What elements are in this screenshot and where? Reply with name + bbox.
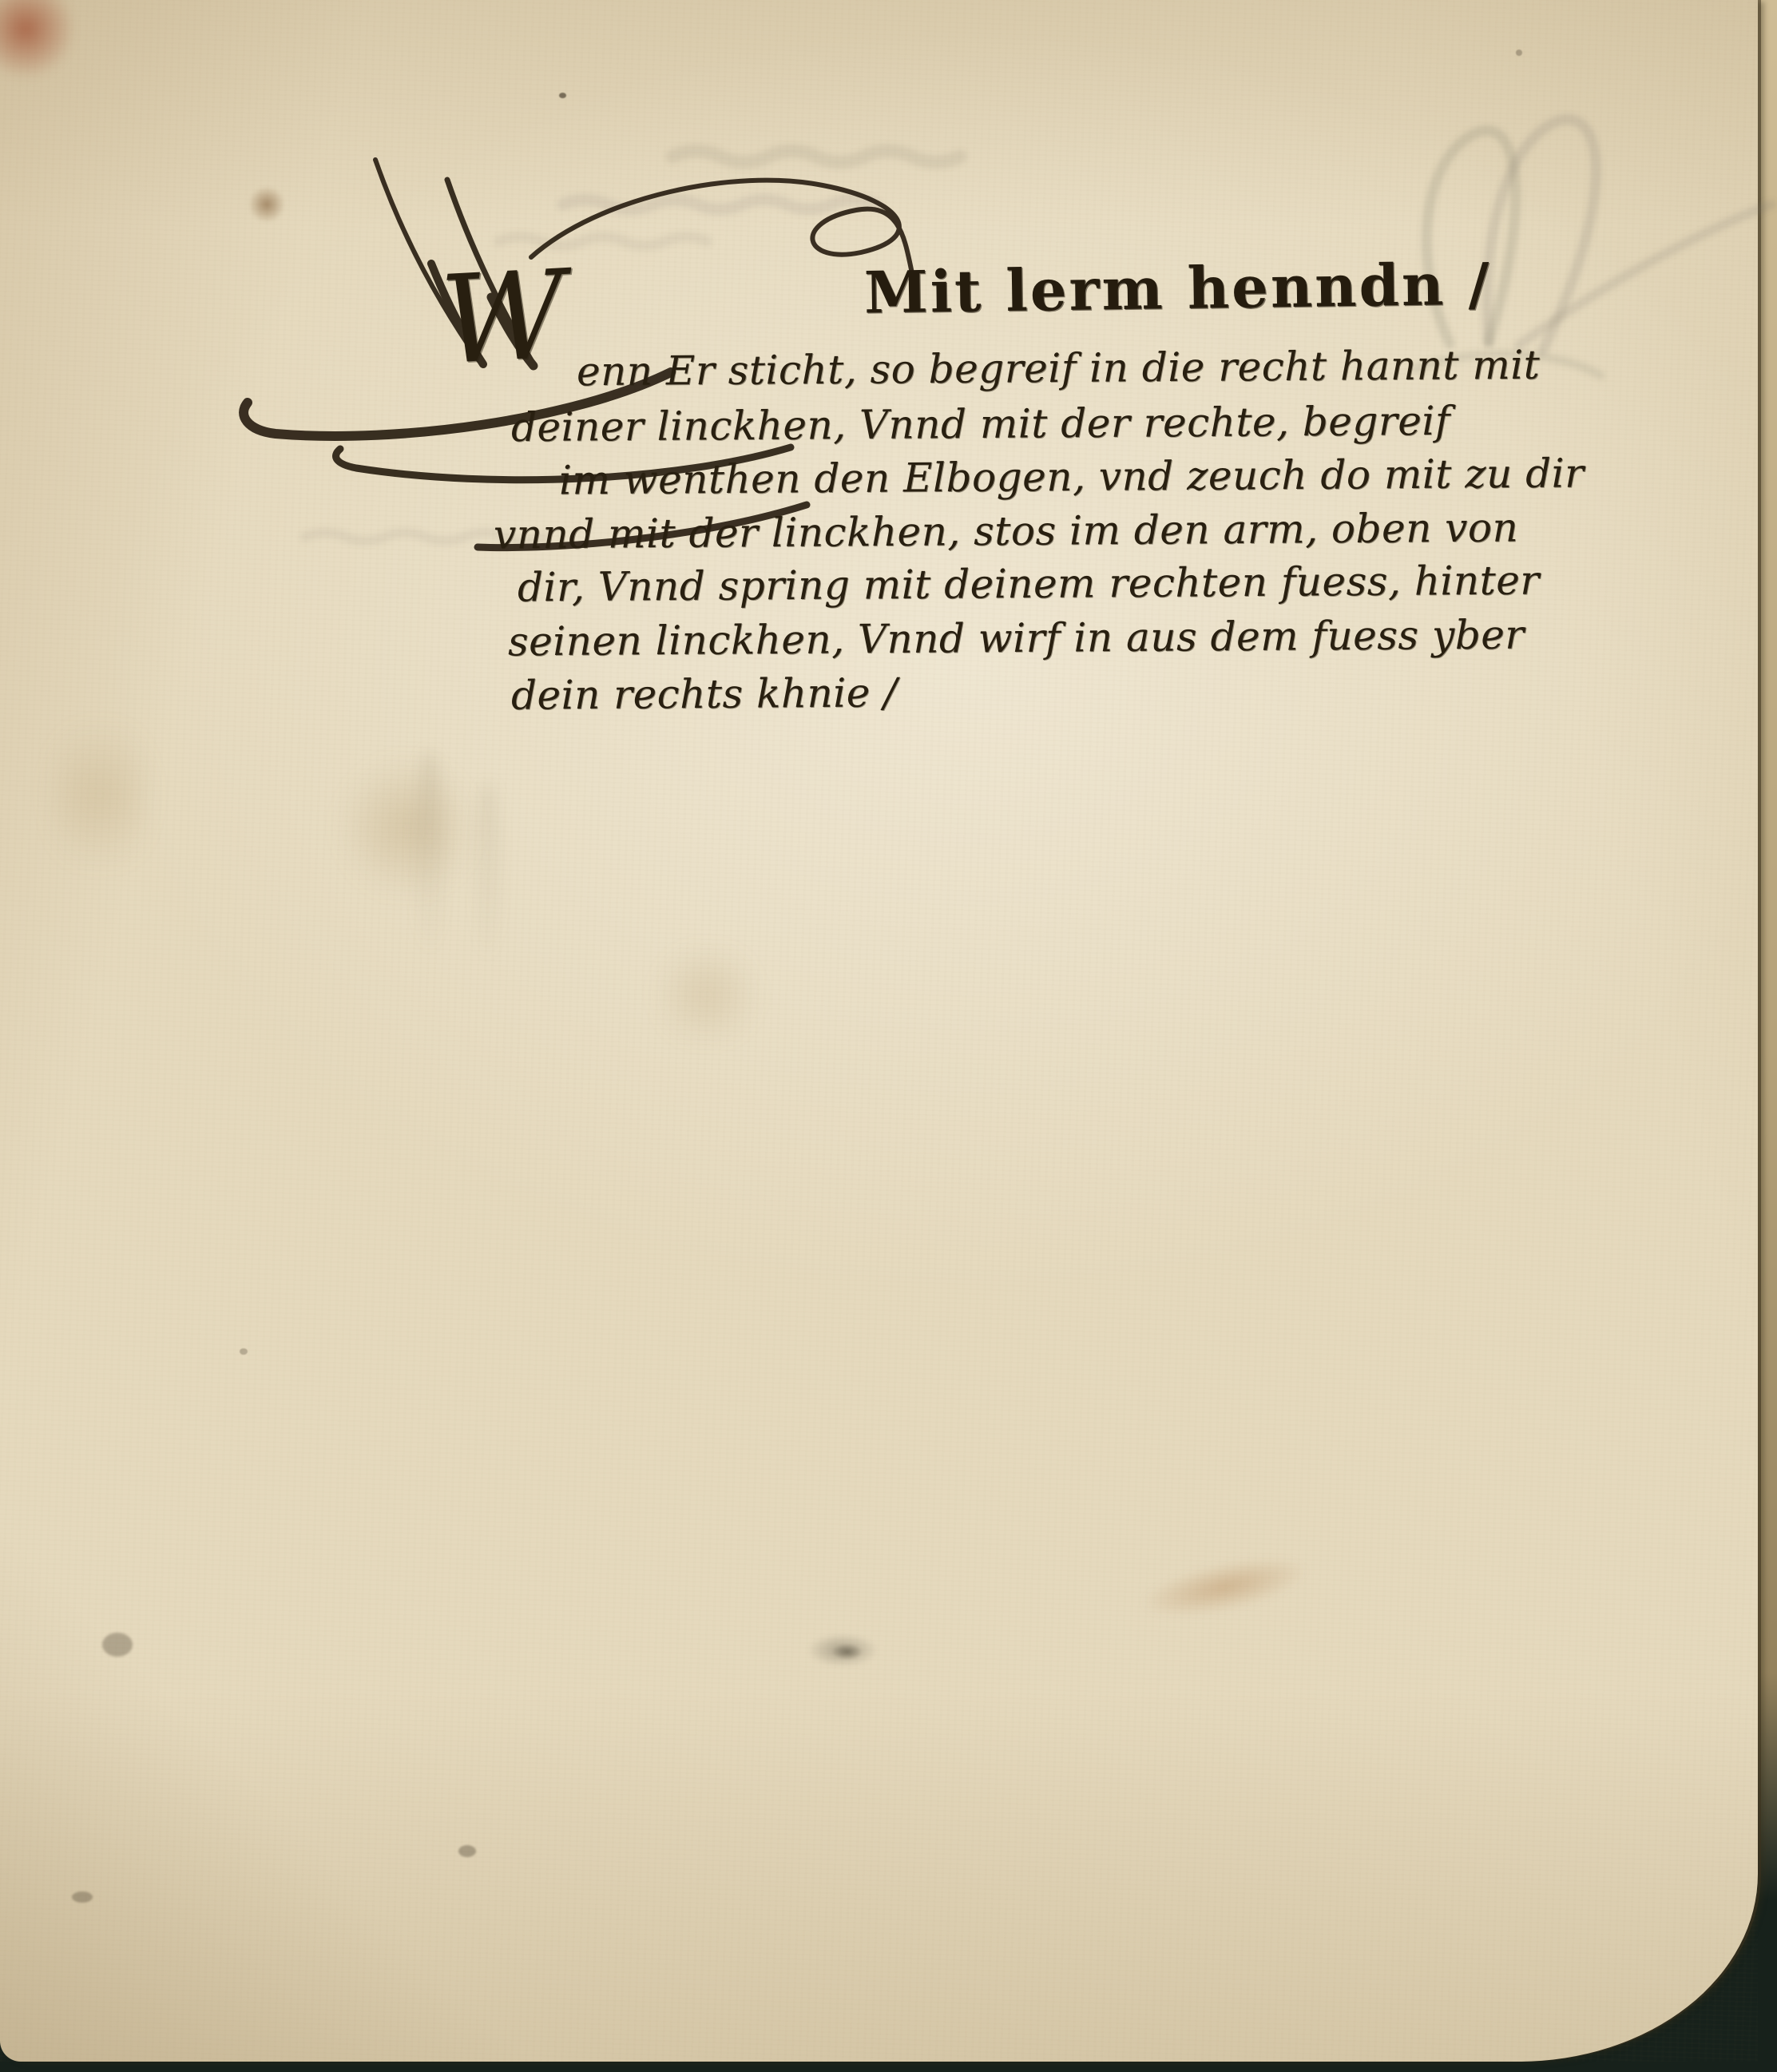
stain — [647, 951, 767, 1038]
stain — [1121, 1539, 1327, 1635]
text-line: dein rechts khnie / — [511, 669, 898, 718]
manuscript-photo: { "document": { "kind": "handwritten man… — [0, 0, 1777, 2072]
ink-speck — [458, 1845, 476, 1857]
book-page-edges — [1756, 0, 1777, 1901]
initial-letter-w: W — [438, 254, 569, 382]
bleedthrough-smudge — [476, 783, 500, 967]
section-heading: Mit lerm henndn / — [863, 250, 1492, 327]
text-line: dir, Vnnd spring mit deinem rechten fues… — [518, 558, 1540, 611]
stain — [56, 703, 144, 887]
text-line: enn Er sticht, so begreif in die recht h… — [577, 342, 1541, 395]
ink-speck — [240, 1348, 248, 1355]
bleedthrough-smudge — [415, 751, 444, 959]
ink-speck — [559, 93, 566, 98]
stain — [335, 759, 479, 895]
ink-speck — [1516, 50, 1522, 56]
ink-speck — [72, 1891, 93, 1903]
stain — [799, 1629, 887, 1671]
stain — [249, 185, 284, 224]
ink-speck — [102, 1633, 133, 1657]
parchment-page: Mit lerm henndn / W enn Er sticht, so be… — [0, 0, 1758, 2062]
stain — [0, 0, 73, 85]
text-line: seinen linckhen, Vnnd wirf in aus dem fu… — [508, 612, 1525, 665]
text-line: im wenthen den Elbogen, vnd zeuch do mit… — [559, 451, 1585, 504]
text-line: vnnd mit der linckhen, stos im den arm, … — [494, 505, 1519, 558]
text-line: deiner linckhen, Vnnd mit der rechte, be… — [511, 398, 1450, 451]
stain — [829, 1642, 866, 1661]
